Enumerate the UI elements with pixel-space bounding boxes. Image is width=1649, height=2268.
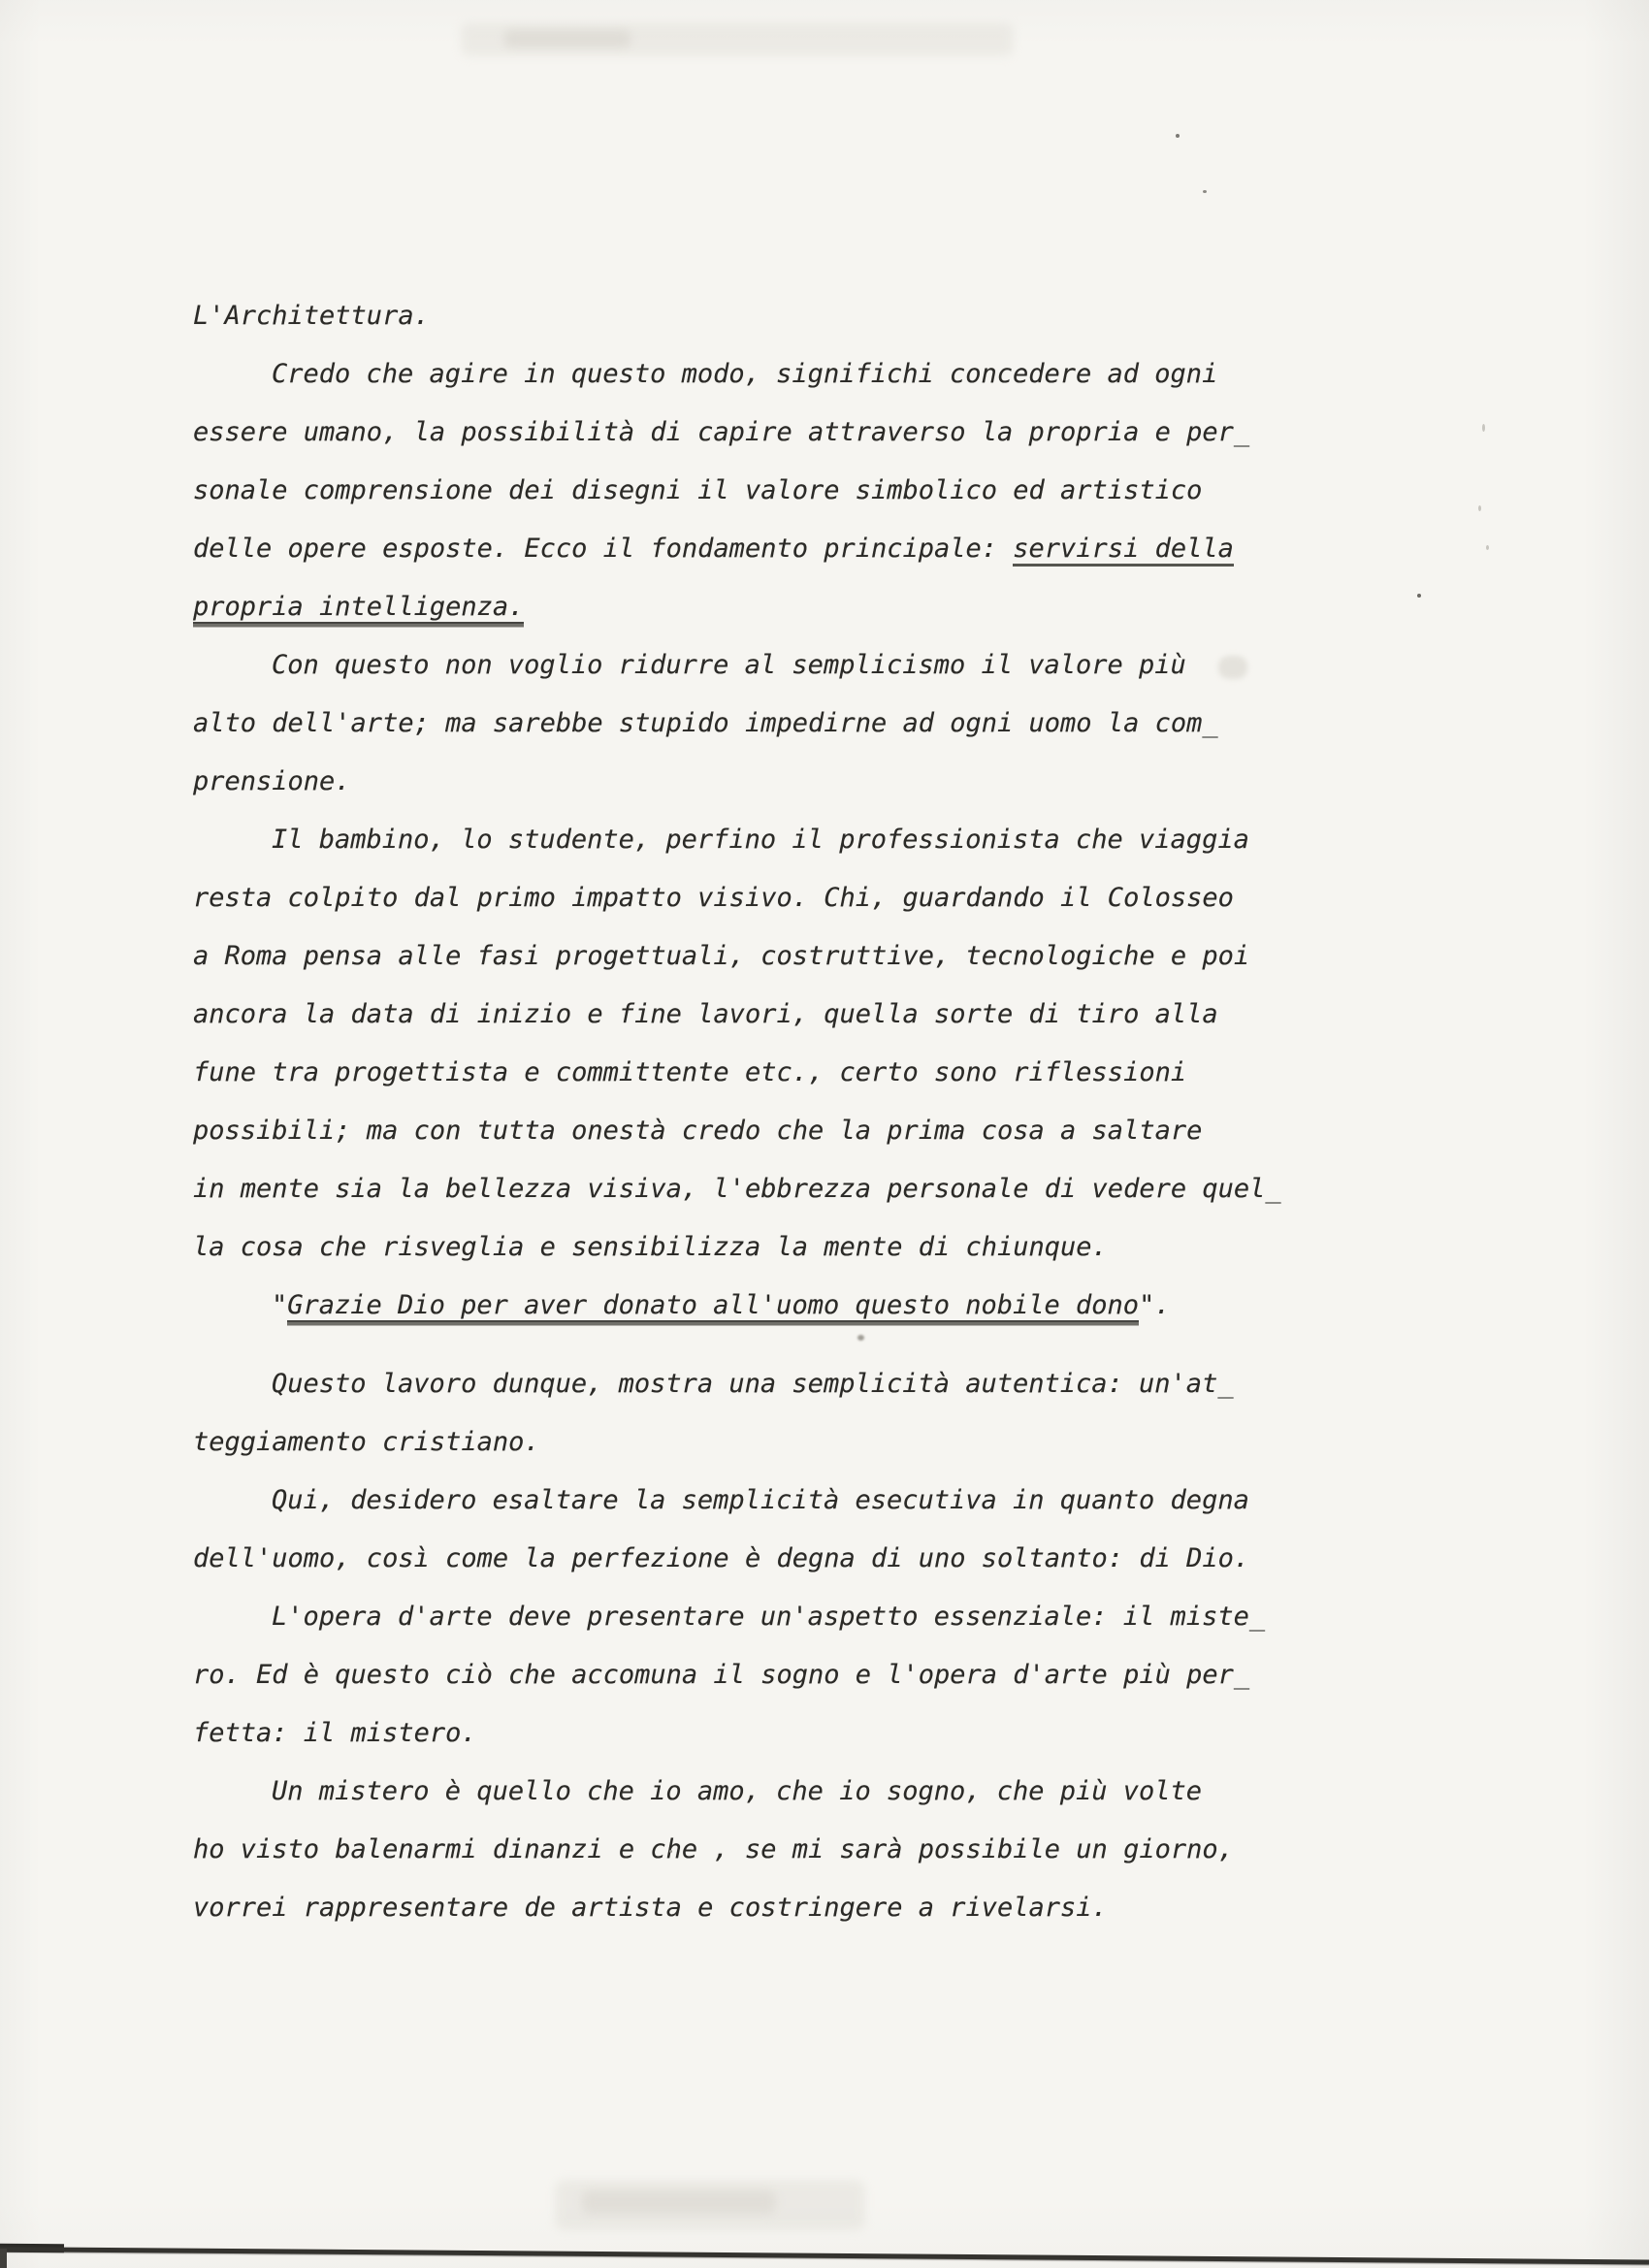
scan-speck	[1482, 424, 1485, 432]
text-segment: ro. Ed è questo ciò che accomuna il sogn…	[193, 1660, 1249, 1690]
text-segment: la cosa che risveglia e sensibilizza la …	[193, 1232, 1108, 1262]
text-segment: alto dell'arte; ma sarebbe stupido imped…	[193, 708, 1218, 738]
text-segment: Qui, desidero esaltare la semplicità ese…	[272, 1485, 1249, 1515]
typewritten-line: L'Architettura.	[193, 287, 1454, 345]
typewritten-line: teggiamento cristiano.	[193, 1413, 1454, 1472]
text-segment: ".	[1139, 1290, 1171, 1320]
typewritten-line: vorrei rappresentare de artista e costri…	[193, 1879, 1454, 1937]
typewritten-line: resta colpito dal primo impatto visivo. …	[193, 869, 1454, 927]
text-segment: Il bambino, lo studente, perfino il prof…	[272, 825, 1249, 855]
scan-speck	[1203, 190, 1207, 193]
typewritten-line: prensione.	[193, 753, 1454, 811]
text-segment: sonale comprensione dei disegni il valor…	[193, 475, 1202, 505]
typewritten-line: L'opera d'arte deve presentare un'aspett…	[193, 1588, 1454, 1646]
typewritten-line: Il bambino, lo studente, perfino il prof…	[193, 811, 1454, 869]
scan-edge-corner	[0, 2249, 7, 2268]
underlined-text-segment: Grazie Dio per aver donato all'uomo ques…	[287, 1290, 1139, 1322]
text-segment: Con questo non voglio ridurre al semplic…	[272, 650, 1186, 680]
text-segment: L'opera d'arte deve presentare un'aspett…	[272, 1602, 1265, 1632]
underlined-text-segment: servirsi della	[1013, 534, 1234, 567]
typewritten-line: Credo che agire in questo modo, signific…	[193, 345, 1454, 404]
text-segment: Credo che agire in questo modo, signific…	[272, 359, 1217, 389]
typewritten-line: ho visto balenarmi dinanzi e che , se mi…	[193, 1821, 1454, 1879]
text-segment: L'Architettura.	[193, 301, 430, 331]
scan-speck	[857, 1335, 864, 1341]
text-segment: a Roma pensa alle fasi progettuali, cost…	[193, 941, 1249, 971]
typewritten-line: a Roma pensa alle fasi progettuali, cost…	[193, 927, 1454, 986]
text-segment: possibili; ma con tutta onestà credo che…	[193, 1116, 1202, 1146]
typewritten-line: possibili; ma con tutta onestà credo che…	[193, 1102, 1454, 1160]
scan-speck	[1176, 134, 1180, 138]
bleed-through-ghost-bottom	[555, 2180, 865, 2230]
scan-speck	[1486, 545, 1489, 550]
typewritten-line: Qui, desidero esaltare la semplicità ese…	[193, 1472, 1454, 1530]
bleed-through-ghost-bottom-blob	[582, 2190, 776, 2214]
typewritten-line: fetta: il mistero.	[193, 1704, 1454, 1763]
typewritten-line: in mente sia la bellezza visiva, l'ebbre…	[193, 1160, 1454, 1218]
text-segment: Questo lavoro dunque, mostra una semplic…	[272, 1369, 1234, 1399]
text-segment: prensione.	[193, 766, 351, 796]
typewritten-line: fune tra progettista e committente etc.,…	[193, 1044, 1454, 1102]
text-segment: dell'uomo, così come la perfezione è deg…	[193, 1543, 1249, 1573]
typewritten-line: "Grazie Dio per aver donato all'uomo que…	[193, 1277, 1454, 1335]
scan-speck	[1417, 594, 1421, 598]
typewritten-line: ro. Ed è questo ciò che accomuna il sogn…	[193, 1646, 1454, 1704]
text-segment: teggiamento cristiano.	[193, 1427, 540, 1457]
typewritten-line: essere umano, la possibilità di capire a…	[193, 404, 1454, 462]
underlined-text-segment: propria intelligenza.	[193, 592, 524, 624]
typewritten-line: Un mistero è quello che io amo, che io s…	[193, 1763, 1454, 1821]
text-segment: vorrei rappresentare de artista e costri…	[193, 1893, 1108, 1923]
typewritten-line: ancora la data di inizio e fine lavori, …	[193, 986, 1454, 1044]
text-segment: Un mistero è quello che io amo, che io s…	[272, 1776, 1202, 1806]
scan-speck	[1478, 505, 1481, 511]
text-segment: essere umano, la possibilità di capire a…	[193, 417, 1249, 447]
scanned-document-page: { "page": { "background": "#f6f5f1", "in…	[0, 0, 1649, 2268]
typewritten-line: Questo lavoro dunque, mostra una semplic…	[193, 1355, 1454, 1413]
typewritten-line: Con questo non voglio ridurre al semplic…	[193, 636, 1454, 695]
bleed-through-ghost-top	[461, 23, 1014, 56]
typewritten-line: sonale comprensione dei disegni il valor…	[193, 462, 1454, 520]
text-segment: fetta: il mistero.	[193, 1718, 477, 1748]
scan-speck	[669, 1850, 672, 1853]
text-segment: delle opere esposte. Ecco il fondamento …	[193, 534, 1013, 564]
text-segment: in mente sia la bellezza visiva, l'ebbre…	[193, 1174, 1281, 1204]
scan-edge-line	[0, 2247, 1649, 2265]
text-segment: fune tra progettista e committente etc.,…	[193, 1057, 1186, 1087]
typewritten-line: alto dell'arte; ma sarebbe stupido imped…	[193, 695, 1454, 753]
text-segment: ancora la data di inizio e fine lavori, …	[193, 999, 1218, 1029]
typewritten-line: dell'uomo, così come la perfezione è deg…	[193, 1530, 1454, 1588]
text-segment: "	[272, 1290, 287, 1320]
typewritten-line: la cosa che risveglia e sensibilizza la …	[193, 1218, 1454, 1277]
typewritten-line: propria intelligenza.	[193, 578, 1454, 636]
typewritten-line: delle opere esposte. Ecco il fondamento …	[193, 520, 1454, 578]
bleed-through-ghost-top-blob	[504, 30, 630, 48]
text-segment: resta colpito dal primo impatto visivo. …	[193, 883, 1234, 913]
text-segment: ho visto balenarmi dinanzi e che , se mi…	[193, 1834, 1234, 1864]
typewritten-text-block: L'Architettura.Credo che agire in questo…	[193, 287, 1454, 1937]
